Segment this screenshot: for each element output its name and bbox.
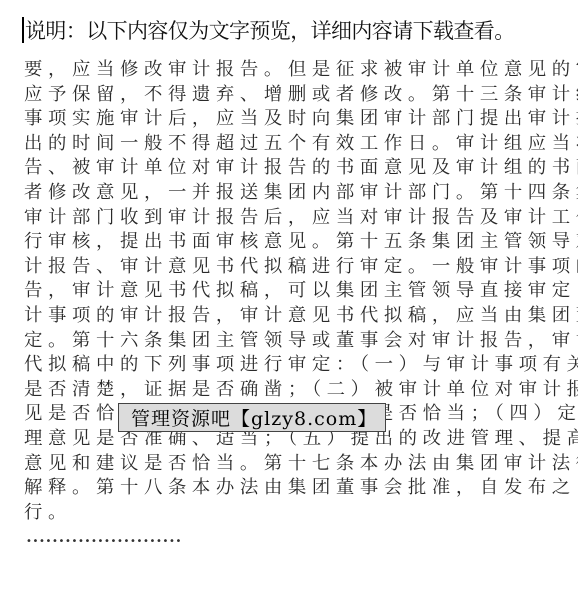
preview-notice-text: 说明：以下内容仅为文字预览，详细内容请下载查看。 <box>25 15 515 45</box>
watermark-banner: 管理资源吧【glzy8.com】 <box>118 403 386 432</box>
text-cursor <box>22 17 24 43</box>
document-line: 意见和建议是否恰当。第十七条本办法由集团审计法律部负责 <box>24 452 544 477</box>
document-line: 是否清楚，证据是否确凿；（二）被审计单位对审计报告的意 <box>24 378 544 403</box>
document-line: 事项实施审计后，应当及时向集团审计部门提出审计报告；提 <box>24 107 544 132</box>
document-line: 者修改意见，一并报送集团内部审计部门。第十四条集团内部 <box>24 181 544 206</box>
preview-notice: 说明：以下内容仅为文字预览，详细内容请下载查看。 <box>22 14 515 46</box>
truncation-ellipsis: •••••••••••••••••••••••• <box>26 536 182 547</box>
document-line: 计报告、审计意见书代拟稿进行审定。一般审计事项的审计报 <box>24 255 544 280</box>
document-line: 定。第十六条集团主管领导或董事会对审计报告，审计意见书 <box>24 329 544 354</box>
document-body: 要，应当修改审计报告。但是征求被审计单位意见的审计报告 应予保留，不得遗弃、增删… <box>24 58 544 525</box>
document-line: 应予保留，不得遗弃、增删或者修改。第十三条审计组对审计 <box>24 83 544 108</box>
document-line: 出的时间一般不得超过五个有效工作日。审计组应当将审计报 <box>24 132 544 157</box>
document-line: 行审核，提出书面审核意见。第十五条集团主管领导对内部审 <box>24 230 544 255</box>
document-line: 审计部门收到审计报告后，应当对审计报告及审计工作底稿进 <box>24 206 544 231</box>
document-line: 解释。第十八条本办法由集团董事会批准，自发布之日起施 <box>24 476 544 501</box>
document-line: 告，审计意见书代拟稿，可以集团主管领导直接审定；重大审 <box>24 279 544 304</box>
document-line: 告、被审计单位对审计报告的书面意见及审计组的书面说明或 <box>24 156 544 181</box>
document-line: 计事项的审计报告，审计意见书代拟稿，应当由集团董事会审 <box>24 304 544 329</box>
document-line: 要，应当修改审计报告。但是征求被审计单位意见的审计报告 <box>24 58 544 83</box>
document-line: 行。 <box>24 501 544 526</box>
document-line: 代拟稿中的下列事项进行审定：（一）与审计事项有关的事实 <box>24 353 544 378</box>
